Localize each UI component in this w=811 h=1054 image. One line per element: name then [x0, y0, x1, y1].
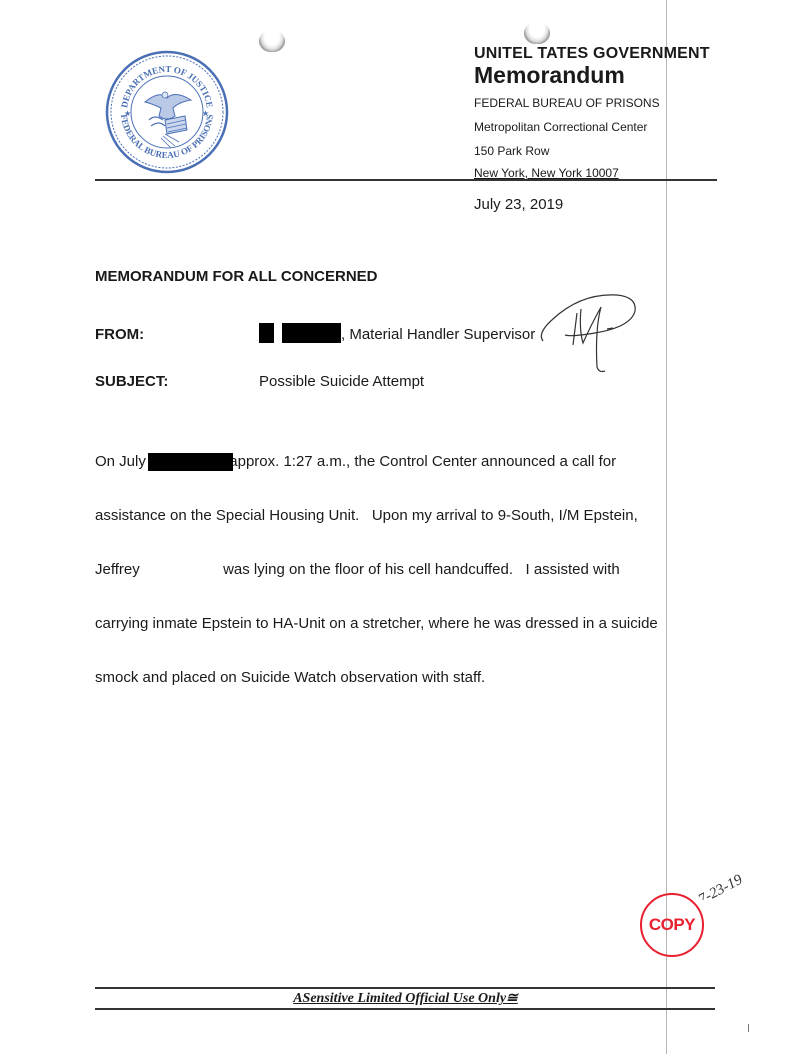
svg-text:★: ★ [124, 109, 131, 118]
memo-date: July 23, 2019 [474, 196, 563, 213]
street-address: 150 Park Row [474, 144, 549, 158]
body-line: assistance on the Special Housing Unit. … [95, 507, 715, 525]
document-type: Memorandum [474, 62, 625, 89]
from-label: FROM: [95, 326, 144, 343]
body-line: Jeffrey was lying on the floor of his ce… [95, 561, 715, 579]
svg-text:★: ★ [202, 109, 209, 118]
bureau-name: FEDERAL BUREAU OF PRISONS [474, 96, 660, 110]
header-rule [95, 179, 717, 181]
facility-name: Metropolitan Correctional Center [474, 120, 647, 134]
signature [535, 285, 650, 375]
svg-text:7-23-19: 7-23-19 [696, 871, 746, 900]
hole-punch-left [259, 30, 285, 52]
redaction-block [148, 453, 233, 471]
body-line: carrying inmate Epstein to HA-Unit on a … [95, 615, 715, 633]
handwritten-date: 7-23-19 [690, 855, 760, 900]
footer-classification: ASensitive Limited Official Use Only≅ [0, 990, 811, 1007]
footer-rule-bottom [95, 1008, 715, 1010]
doj-seal-icon: DEPARTMENT OF JUSTICE FEDERAL BUREAU OF … [105, 50, 229, 174]
scan-mark [748, 1024, 749, 1032]
agency-line: UNITEL TATES GOVERNMENT [474, 45, 710, 63]
memo-heading: MEMORANDUM FOR ALL CONCERNED [95, 268, 378, 285]
copy-stamp: COPY [640, 893, 704, 957]
footer-rule-top [95, 987, 715, 989]
hole-punch-right [524, 22, 550, 44]
from-title: , Material Handler Supervisor [341, 326, 535, 343]
subject-label: SUBJECT: [95, 373, 168, 390]
redaction-block [282, 323, 341, 343]
redaction-block [259, 323, 274, 343]
body-line: smock and placed on Suicide Watch observ… [95, 669, 715, 687]
city-address: New York, New York 10007 [474, 166, 619, 180]
subject-value: Possible Suicide Attempt [259, 373, 424, 390]
